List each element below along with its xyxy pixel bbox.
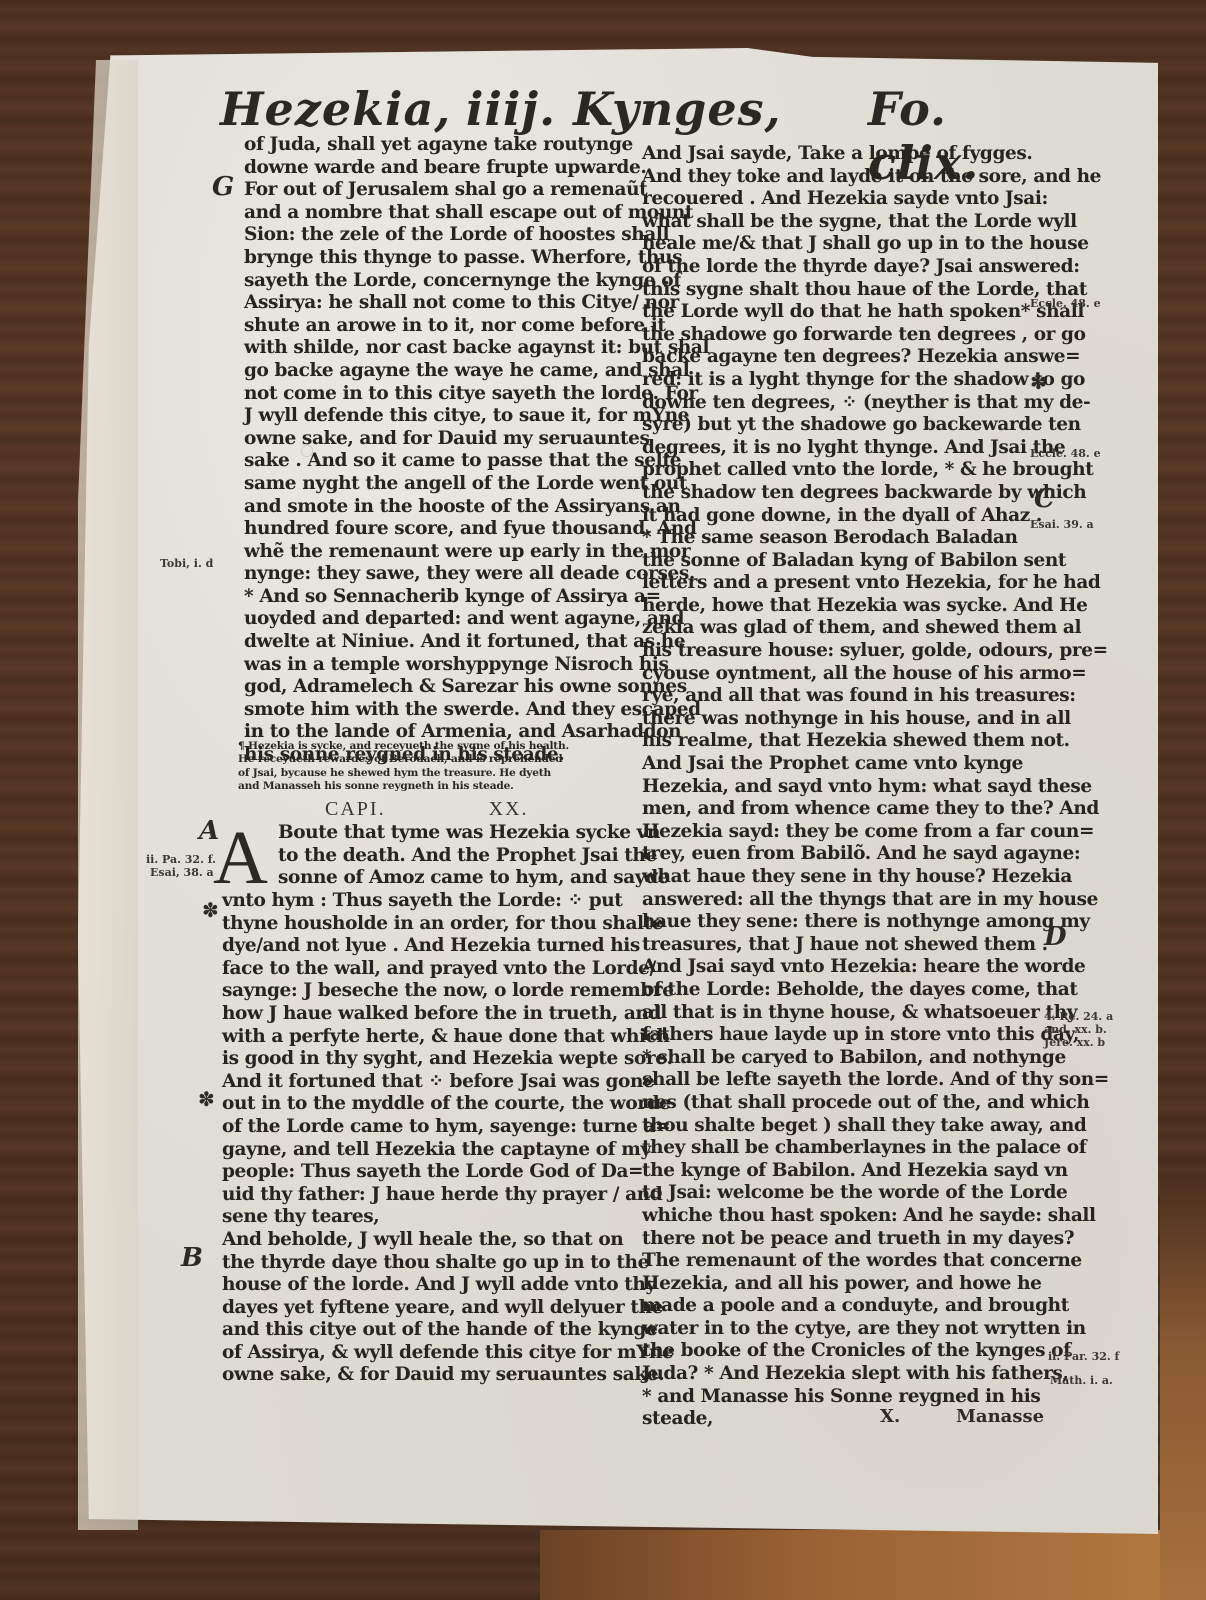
text-line: And Jsai the Prophet came vnto kynge — [642, 753, 1026, 776]
margin-ref-eccle-48-second: Eccle. 48. e — [1030, 447, 1101, 460]
drop-cap: A — [213, 820, 268, 896]
text-line: downe ten degrees, ⁘ (neyther is that my… — [642, 392, 1026, 415]
chapter-opening-text: Boute that tyme was Hezekia sycke vnto t… — [278, 822, 623, 890]
text-line: and Manasseh his sonne reygneth in his s… — [238, 780, 618, 793]
text-line: dayes yet fyftene yeare, and wyll delyue… — [222, 1297, 624, 1320]
text-line: his treasure house: syluer, golde, odour… — [642, 640, 1026, 663]
text-line: there was nothynge in his house, and in … — [642, 708, 1026, 731]
text-line: He receyueth rewardes of Berodach, and i… — [238, 753, 618, 766]
text-line: the shadowe go forwarde ten degrees , or… — [642, 324, 1026, 347]
text-line: is good in thy syght, and Hezekia wepte … — [222, 1048, 624, 1071]
left-column-text: of Juda, shall yet agayne take routynged… — [244, 134, 624, 767]
catchword: Manasse — [956, 1406, 1044, 1427]
text-line: of the Lorde: Beholde, the dayes come, t… — [642, 979, 1026, 1002]
running-title-left: Hezekia, — [220, 82, 451, 136]
text-line: dwelte at Niniue. And it fortuned, that … — [244, 631, 624, 654]
chapter-number: XX. — [489, 798, 529, 821]
text-line: red: it is a lyght thynge for the shadow… — [642, 369, 1026, 392]
text-line: this sygne shalt thou haue of the Lorde,… — [642, 279, 1026, 302]
text-line: nynge: they sawe, they were all deade co… — [244, 563, 624, 586]
running-title-book: iiij. Kynges, — [466, 82, 782, 136]
text-line: of Assirya, & wyll defende this citye fo… — [222, 1342, 624, 1365]
text-line: saynge: J beseche the now, o lorde remem… — [222, 980, 624, 1003]
leaf-binding-edge — [78, 60, 138, 1530]
signature-mark: X. — [880, 1406, 900, 1427]
margin-section-letter-a: A — [199, 816, 219, 846]
text-line: shall be lefte sayeth the lorde. And of … — [642, 1069, 1026, 1092]
text-line: trey, euen from Babilõ. And he sayd agay… — [642, 843, 1026, 866]
text-line: what shall be the sygne, that the Lorde … — [642, 211, 1026, 234]
text-line: And Jsai sayd vnto Hezekia: heare the wo… — [642, 956, 1026, 979]
text-line: * and Manasse his Sonne reygned in his — [642, 1386, 1026, 1409]
text-line: * shall be caryed to Babilon, and nothyn… — [642, 1047, 1026, 1070]
text-line: was in a temple worshyppynge Nisroch his — [244, 654, 624, 677]
text-line: men, and from whence came they to the? A… — [642, 798, 1026, 821]
text-line: herde, howe that Hezekia was sycke. And … — [642, 595, 1026, 618]
text-line: the thyrde daye thou shalte go up in to … — [222, 1252, 624, 1275]
margin-section-letter-d: D — [1044, 922, 1067, 952]
text-line: haue they sene: there is nothynge among … — [642, 911, 1026, 934]
text-line: uid thy father: J haue herde thy prayer … — [222, 1184, 624, 1207]
text-line: degrees, it is no lyght thynge. And Jsai… — [642, 437, 1026, 460]
text-line: his realme, that Hezekia shewed them not… — [642, 730, 1026, 753]
margin-section-letter-c: C — [1034, 484, 1055, 514]
text-line: of Jsai, bycause he shewed hym the treas… — [238, 767, 618, 780]
chapter-summary: ¶ Hezekia is sycke, and receyueth the sy… — [238, 740, 618, 794]
text-line: there not be peace and trueth in my daye… — [642, 1228, 1026, 1251]
text-line: prophet called vnto the lorde, * & he br… — [642, 459, 1026, 482]
text-line: nes (that shall procede out of the, and … — [642, 1092, 1026, 1115]
text-line: all that is in thyne house, & whatsoeuer… — [642, 1002, 1026, 1025]
text-line: For out of Jerusalem shal go a remenaũt — [244, 179, 624, 202]
margin-ref-esai-38: Esai, 38. a — [150, 866, 214, 879]
margin-ref-tobit: Tobi, i. d — [160, 557, 213, 570]
text-line: god, Adramelech & Sarezar his owne sonne… — [244, 676, 624, 699]
text-line: shute an arowe in to it, nor come before… — [244, 315, 624, 338]
text-line: thyne housholde in an order, for thou sh… — [222, 913, 624, 936]
text-line: smote him with the swerde. And they esca… — [244, 699, 624, 722]
margin-ref-and: and. xx. b. — [1044, 1023, 1107, 1036]
text-line: * And so Sennacherib kynge of Assirya a= — [244, 586, 624, 609]
chapter-heading: CAPI. XX. — [325, 798, 565, 821]
text-line: recouered . And Hezekia sayde vnto Jsai: — [642, 188, 1026, 211]
text-line: downe warde and beare frupte upwarde. — [244, 157, 624, 180]
text-line: owne sake, and for Dauid my seruauntes — [244, 428, 624, 451]
text-line: to the death. And the Prophet Jsai the — [278, 845, 623, 868]
text-line: and a nombre that shall escape out of mo… — [244, 202, 624, 225]
text-line: people: Thus sayeth the Lorde God of Da= — [222, 1161, 624, 1184]
text-line: cyouse oyntment, all the house of his ar… — [642, 663, 1026, 686]
text-line: how J haue walked before the in trueth, … — [222, 1003, 624, 1026]
text-line: hundred foure score, and fyue thousand. … — [244, 518, 624, 541]
text-line: water in to the cytye, are they not wryt… — [642, 1318, 1026, 1341]
text-line: Hezekia, and all his power, and howe he — [642, 1273, 1026, 1296]
text-line: Boute that tyme was Hezekia sycke vn — [278, 822, 623, 845]
margin-ref-jeremiah: Jere. xx. b — [1044, 1036, 1105, 1049]
margin-ref-4-kings: 4. Re. 24. a — [1044, 1010, 1113, 1023]
text-line: And it fortuned that ⁘ before Jsai was g… — [222, 1071, 624, 1094]
text-line: thou shalte beget ) shall they take away… — [642, 1115, 1026, 1138]
text-line: vnto hym : Thus sayeth the Lorde: ⁘ put — [222, 890, 624, 913]
text-line: gayne, and tell Hezekia the captayne of … — [222, 1139, 624, 1162]
text-line: J wyll defende this citye, to saue it, f… — [244, 405, 624, 428]
text-line: sake . And so it came to passe that the … — [244, 450, 624, 473]
text-line: house of the lorde. And J wyll adde vnto… — [222, 1274, 624, 1297]
text-line: letters and a present vnto Hezekia, for … — [642, 572, 1026, 595]
running-head: Hezekia, iiij. Kynges, Fo. clix. — [220, 82, 1050, 142]
margin-ref-eccle-48: Eccle. 48. e — [1030, 297, 1101, 310]
margin-ref-ii-par: ii. Pa. 32. f. — [146, 853, 216, 866]
text-line: fathers haue layde up in store vnto this… — [642, 1024, 1026, 1047]
text-line: not come in to this citye sayeth the lor… — [244, 383, 624, 406]
text-line: of the lorde the thyrde daye? Jsai answe… — [642, 256, 1026, 279]
text-line: * The same season Berodach Baladan — [642, 527, 1026, 550]
text-line: And they toke and layde it on the sore, … — [642, 166, 1026, 189]
margin-ref-matthew: Math. i. a. — [1050, 1374, 1113, 1387]
text-line: syre) but yt the shadowe go backewarde t… — [642, 414, 1026, 437]
text-line: and smote in the hooste of the Assiryans… — [244, 496, 624, 519]
text-line: rye, and all that was found in his treas… — [642, 685, 1026, 708]
text-line: the kynge of Babilon. And Hezekia sayd v… — [642, 1160, 1026, 1183]
text-line: made a poole and a conduyte, and brought — [642, 1295, 1026, 1318]
table-surface-edge — [1160, 1180, 1206, 1600]
text-line: Juda? * And Hezekia slept with his fathe… — [642, 1363, 1026, 1386]
margin-section-letter-g: G — [212, 172, 234, 202]
margin-ref-esai-39: Esai. 39. a — [1030, 518, 1094, 531]
text-line: ¶ Hezekia is sycke, and receyueth the sy… — [238, 740, 618, 753]
text-line: whiche thou hast spoken: And he sayde: s… — [642, 1205, 1026, 1228]
text-line: sayeth the Lorde, concernynge the kynge … — [244, 270, 624, 293]
text-line: go backe agayne the waye he came, and sh… — [244, 360, 624, 383]
text-line: sonne of Amoz came to hym, and sayde — [278, 867, 623, 890]
text-line: answered: all the thyngs that are in my … — [642, 889, 1026, 912]
text-line: out in to the myddle of the courte, the … — [222, 1093, 624, 1116]
text-line: they shall be chamberlaynes in the palac… — [642, 1137, 1026, 1160]
text-line: of Juda, shall yet agayne take routynge — [244, 134, 624, 157]
text-line: it had gone downe, in the dyall of Ahaz … — [642, 505, 1026, 528]
text-line: with a perfyte herte, & haue done that w… — [222, 1026, 624, 1049]
margin-ref-ii-par-32: ii. Par. 32. f — [1048, 1350, 1119, 1363]
text-line: the Lorde wyll do that he hath spoken* s… — [642, 301, 1026, 324]
text-line: sene thy teares, — [222, 1206, 624, 1229]
text-line: with shilde, nor cast backe agaynst it: … — [244, 337, 624, 360]
text-line: dye/and not lyue . And Hezekia turned hi… — [222, 935, 624, 958]
text-line: And beholde, J wyll heale the, so that o… — [222, 1229, 624, 1252]
text-line: the shadow ten degrees backwarde by whic… — [642, 482, 1026, 505]
text-line: face to the wall, and prayed vnto the Lo… — [222, 958, 624, 981]
text-line: backe agayne ten degrees? Hezekia answe= — [642, 346, 1026, 369]
text-line: treasures, that J haue not shewed them . — [642, 934, 1026, 957]
text-line: And Jsai sayde, Take a lompe of fygges. — [642, 143, 1026, 166]
text-line: same nyght the angell of the Lorde went … — [244, 473, 624, 496]
asterism-ornament-icon: ✽ — [1030, 370, 1047, 395]
text-line: to Jsai: welcome be the worde of the Lor… — [642, 1182, 1026, 1205]
table-surface-light — [540, 1530, 1206, 1600]
margin-section-letter-b: B — [181, 1243, 203, 1273]
text-line: Assirya: he shall not come to this Citye… — [244, 292, 624, 315]
asterism-ornament-icon: ✽ — [202, 898, 219, 923]
text-line: The remenaunt of the wordes that concern… — [642, 1250, 1026, 1273]
chapter-body-text: vnto hym : Thus sayeth the Lorde: ⁘ putt… — [222, 890, 624, 1387]
asterism-ornament-icon: ✽ — [198, 1087, 215, 1112]
text-line: what haue they sene in thy house? Hezeki… — [642, 866, 1026, 889]
text-line: the booke of the Cronicles of the kynges… — [642, 1340, 1026, 1363]
text-line: heale me/& that J shall go up in to the … — [642, 233, 1026, 256]
chapter-label: CAPI. — [325, 798, 386, 821]
text-line: Hezekia sayd: they be come from a far co… — [642, 821, 1026, 844]
text-line: uoyded and departed: and went agayne, an… — [244, 608, 624, 631]
text-line: owne sake, & for Dauid my seruauntes sak… — [222, 1364, 624, 1387]
right-column-text: And Jsai sayde, Take a lompe of fygges.A… — [642, 143, 1026, 1431]
text-line: and this citye out of the hande of the k… — [222, 1319, 624, 1342]
text-line: brynge this thynge to passe. Wherfore, t… — [244, 247, 624, 270]
text-line: of the Lorde came to hym, sayenge: turne… — [222, 1116, 624, 1139]
text-line: whẽ the remenaunt were up early in the m… — [244, 541, 624, 564]
text-line: Sion: the zele of the Lorde of hoostes s… — [244, 224, 624, 247]
text-line: the sonne of Baladan kyng of Babilon sen… — [642, 550, 1026, 573]
text-line: zekia was glad of them, and shewed them … — [642, 617, 1026, 640]
text-line: Hezekia, and sayd vnto hym: what sayd th… — [642, 776, 1026, 799]
